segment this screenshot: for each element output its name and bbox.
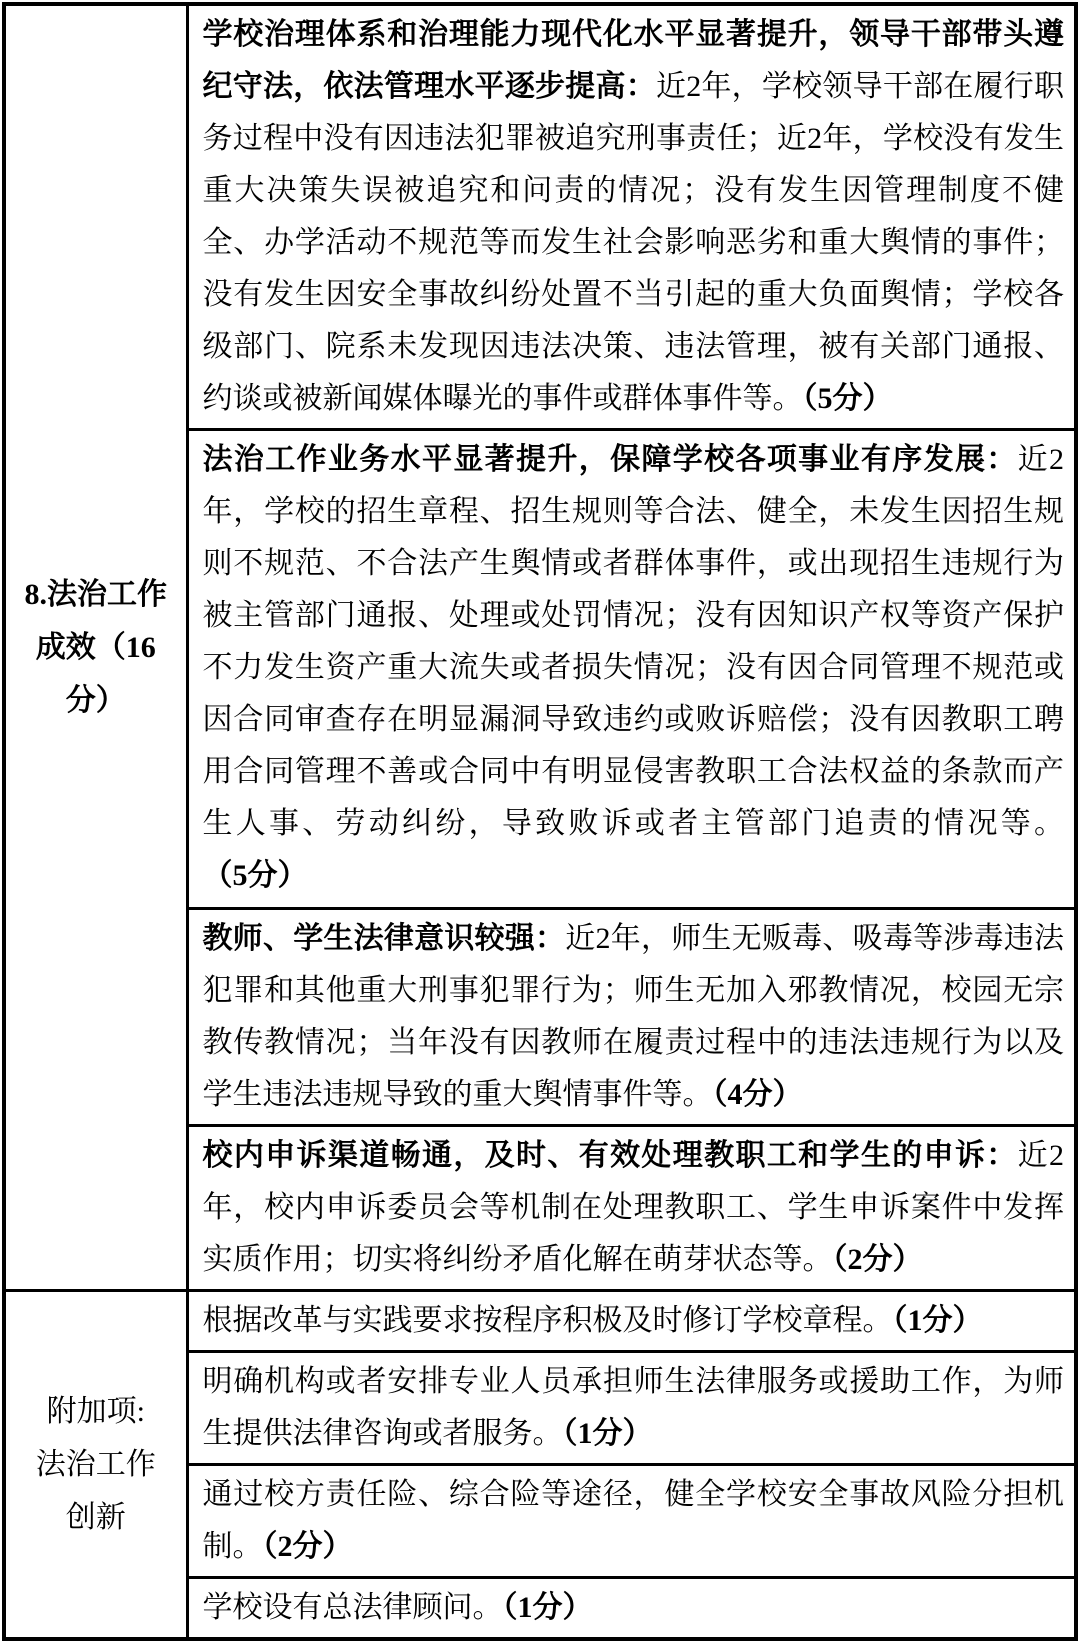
criterion-cell-legal-service: 明确机构或者安排专业人员承担师生法律服务或援助工作，为师生提供法律咨询或者服务。…: [187, 1352, 1076, 1465]
criterion-cell-appeal-channel: 校内申诉渠道畅通，及时、有效处理教职工和学生的申诉：近2年，校内申诉委员会等机制…: [187, 1126, 1076, 1291]
criterion-text: 学校治理体系和治理能力现代化水平显著提升，领导干部带头遵纪守法，依法管理水平逐步…: [203, 9, 1065, 425]
evaluation-rubric-table: 8.法治工作 成效（16 分） 学校治理体系和治理能力现代化水平显著提升，领导干…: [2, 2, 1078, 1641]
criterion-text: 校内申诉渠道畅通，及时、有效处理教职工和学生的申诉：近2年，校内申诉委员会等机制…: [203, 1130, 1065, 1286]
table-row: 8.法治工作 成效（16 分） 学校治理体系和治理能力现代化水平显著提升，领导干…: [4, 4, 1076, 430]
criterion-cell-legal-awareness: 教师、学生法律意识较强：近2年，师生无贩毒、吸毒等涉毒违法犯罪和其他重大刑事犯罪…: [187, 909, 1076, 1126]
criterion-score: （1分）: [503, 1591, 593, 1624]
criterion-text: 通过校方责任险、综合险等途径，健全学校安全事故风险分担机制。（2分）: [203, 1469, 1065, 1573]
criterion-cell-charter-revision: 根据改革与实践要求按程序积极及时修订学校章程。（1分）: [187, 1291, 1076, 1352]
criterion-cell-governance: 学校治理体系和治理能力现代化水平显著提升，领导干部带头遵纪守法，依法管理水平逐步…: [187, 4, 1076, 430]
criterion-body: 近2年，学校的招生章程、招生规则等合法、健全，未发生因招生规则不规范、不合法产生…: [203, 443, 1065, 840]
criterion-text: 学校设有总法律顾问。（1分）: [203, 1582, 1065, 1634]
criterion-text: 教师、学生法律意识较强：近2年，师生无贩毒、吸毒等涉毒违法犯罪和其他重大刑事犯罪…: [203, 913, 1065, 1121]
criterion-text: 明确机构或者安排专业人员承担师生法律服务或援助工作，为师生提供法律咨询或者服务。…: [203, 1356, 1065, 1460]
criterion-lead: 教师、学生法律意识较强：: [203, 922, 566, 955]
criterion-score: （4分）: [713, 1078, 803, 1111]
criterion-cell-general-counsel: 学校设有总法律顾问。（1分）: [187, 1578, 1076, 1640]
criterion-text: 根据改革与实践要求按程序积极及时修订学校章程。（1分）: [203, 1295, 1065, 1347]
criterion-score: （2分）: [833, 1243, 923, 1276]
section-bonus-items: 附加项: 法治工作 创新 根据改革与实践要求按程序积极及时修订学校章程。（1分）…: [4, 1291, 1076, 1640]
section-header-line: 创新: [12, 1491, 180, 1544]
document-page: 8.法治工作 成效（16 分） 学校治理体系和治理能力现代化水平显著提升，领导干…: [0, 0, 1080, 1643]
criterion-body: 近2年，学校领导干部在履行职务过程中没有因违法犯罪被追究刑事责任；近2年，学校没…: [203, 70, 1065, 415]
criterion-cell-legal-business: 法治工作业务水平显著提升，保障学校各项事业有序发展：近2年，学校的招生章程、招生…: [187, 430, 1076, 909]
section-header-line: 成效（16: [12, 621, 180, 674]
section-legal-work-effect: 8.法治工作 成效（16 分） 学校治理体系和治理能力现代化水平显著提升，领导干…: [4, 4, 1076, 1291]
criterion-score: （5分）: [203, 859, 308, 892]
criterion-body: 根据改革与实践要求按程序积极及时修订学校章程。: [203, 1304, 893, 1337]
criterion-lead: 校内申诉渠道畅通，及时、有效处理教职工和学生的申诉：: [203, 1139, 1018, 1172]
table-row: 附加项: 法治工作 创新 根据改革与实践要求按程序积极及时修订学校章程。（1分）: [4, 1291, 1076, 1352]
section-header-bonus-items: 附加项: 法治工作 创新: [4, 1291, 187, 1640]
section-header-legal-work-effect: 8.法治工作 成效（16 分）: [4, 4, 187, 1291]
criterion-score: （1分）: [563, 1417, 653, 1450]
criterion-score: （2分）: [263, 1530, 353, 1563]
section-header-line: 法治工作: [12, 1438, 180, 1491]
criterion-cell-insurance: 通过校方责任险、综合险等途径，健全学校安全事故风险分担机制。（2分）: [187, 1465, 1076, 1578]
section-header-line: 分）: [12, 674, 180, 727]
section-header-line: 8.法治工作: [12, 568, 180, 621]
criterion-body: 学校设有总法律顾问。: [203, 1591, 503, 1624]
criterion-text: 法治工作业务水平显著提升，保障学校各项事业有序发展：近2年，学校的招生章程、招生…: [203, 434, 1065, 902]
criterion-score: （1分）: [893, 1304, 983, 1337]
section-header-line: 附加项:: [12, 1385, 180, 1438]
criterion-score: （5分）: [803, 382, 893, 415]
criterion-lead: 法治工作业务水平显著提升，保障学校各项事业有序发展：: [203, 443, 1018, 476]
